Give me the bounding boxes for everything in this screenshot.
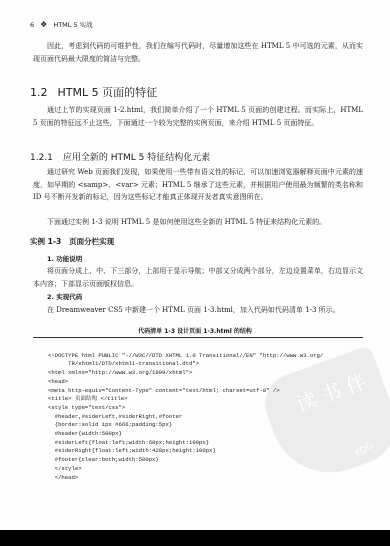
code-line: <html xmlns="http://www.w3.org/1999/xhtm… bbox=[48, 369, 323, 378]
subsection-paragraph-1: 通过研究 Web 页面我们发现，如果使用一些带有语义性的标记，可以加速浏览器解释… bbox=[33, 166, 363, 204]
diamond-ornament-icon: ❖ bbox=[40, 21, 47, 29]
step1-title: 1. 功能说明 bbox=[47, 254, 82, 263]
book-page: 6 ❖ HTML 5 实战 因此，考虑到代码的可维护性，我们在编写代码时，尽量增… bbox=[0, 0, 390, 530]
section-heading: 1.2HTML 5 页面的特征 bbox=[30, 84, 157, 100]
running-header: 6 ❖ HTML 5 实战 bbox=[30, 20, 93, 29]
code-line: <head> bbox=[48, 378, 323, 387]
subsection-number: 1.2.1 bbox=[30, 153, 53, 163]
subsection-paragraph-2: 下面通过实例 1-3 说明 HTML 5 是如何使用这些全新的 HTML 5 特… bbox=[33, 216, 363, 229]
code-line: <style type="text/css"> bbox=[48, 404, 323, 413]
section-title: HTML 5 页面的特征 bbox=[58, 86, 158, 99]
subsection-heading: 1.2.1应用全新的 HTML 5 特征结构化元素 bbox=[30, 150, 210, 163]
example-heading: 实例 1-3页面分栏实现 bbox=[30, 236, 114, 247]
step2-text: 在 Dreamweaver CS5 中新建一个 HTML 页面 1-3.html… bbox=[33, 304, 363, 317]
step2-title: 2. 实现代码 bbox=[47, 292, 82, 301]
code-line: {border:solid 1px #666;padding:5px} bbox=[48, 421, 323, 430]
code-line: #header,#siderLeft,#siderRight,#footer bbox=[48, 413, 323, 422]
code-line: <!DOCTYPE html PUBLIC "-//W3C//DTD XHTML… bbox=[48, 352, 323, 361]
code-listing: <!DOCTYPE html PUBLIC "-//W3C//DTD XHTML… bbox=[48, 343, 323, 500]
section-number: 1.2 bbox=[30, 86, 48, 99]
code-line: <meta http-equiv="Content-Type" content=… bbox=[48, 387, 323, 396]
example-title: 页面分栏实现 bbox=[69, 237, 114, 246]
section-paragraph: 通过上节的实现页面 1-2.html，我们简单介绍了一个 HTML 5 页面的创… bbox=[33, 104, 363, 129]
code-line: TR/xhtml1/DTD/xhtml1-transitional.dtd"> bbox=[48, 360, 323, 369]
code-line: #footer{clear:both;width:500px} bbox=[48, 456, 323, 465]
scan-bottom-border bbox=[0, 530, 390, 546]
code-line: <title> 页面结构 </title> bbox=[48, 395, 323, 404]
code-line: #header{width:500px} bbox=[48, 430, 323, 439]
code-line: </style> bbox=[48, 465, 323, 474]
intro-paragraph: 因此，考虑到代码的可维护性，我们在编写代码时，尽量增加这些在 HTML 5 中可… bbox=[33, 40, 363, 65]
book-title: HTML 5 实战 bbox=[53, 20, 92, 29]
code-line: #siderLeft{float:left;width:60px;height:… bbox=[48, 439, 323, 448]
listing-caption: 代码清单 1-3 设计页面 1-3.html 的结构 bbox=[0, 326, 390, 335]
code-line: #siderRight{float:left;width:428px;heigh… bbox=[48, 447, 323, 456]
step1-text: 将页面分成上、中、下三部分，上部用于显示导航；中部又分成两个部分，左边设置菜单，… bbox=[33, 265, 363, 290]
listing-top-rule bbox=[33, 337, 363, 338]
code-line: </head> bbox=[48, 474, 323, 483]
page-number: 6 bbox=[30, 21, 34, 29]
example-number: 实例 1-3 bbox=[30, 237, 61, 246]
subsection-title: 应用全新的 HTML 5 特征结构化元素 bbox=[63, 153, 210, 163]
